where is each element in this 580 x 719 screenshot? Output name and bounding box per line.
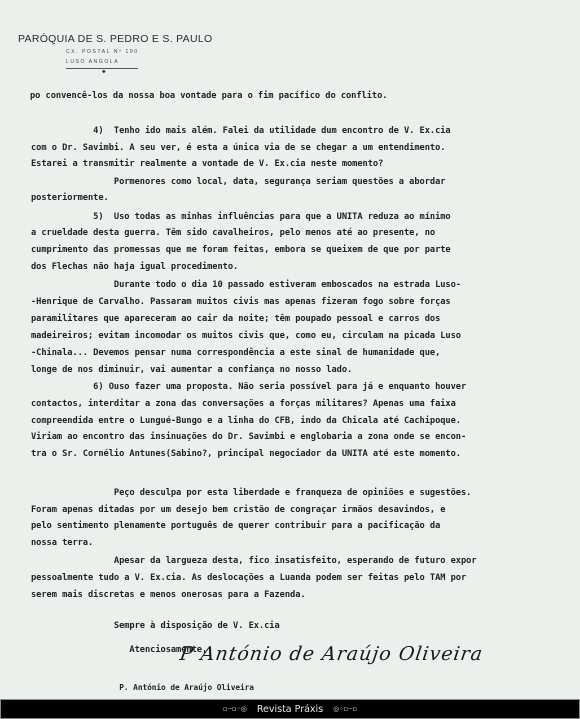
- footer-label: Revista Práxis: [257, 704, 323, 715]
- text-line: cumprimento das promessas que me foram f…: [31, 245, 451, 255]
- letterhead: PARÓQUIA DE S. PEDRO E S. PAULO CX. POST…: [18, 33, 212, 75]
- text-line: 6) Ouso fazer uma proposta. Não seria po…: [31, 382, 466, 392]
- text-line: com o Dr. Savimbi. A seu ver, é esta a ú…: [31, 143, 445, 153]
- footer-bar: ▫┈▫◦◎ Revista Práxis ◎◦▫┈▫: [0, 699, 580, 719]
- letterhead-location: LUSO ANGOLA: [66, 59, 212, 65]
- text-line: pessoalmente tudo a V. Ex.cia. As desloc…: [31, 573, 466, 583]
- text-line: compreendida entre o Lungué-Bungo e a li…: [31, 416, 461, 426]
- text-line: po convencê-los da nossa boa vontade par…: [30, 91, 387, 101]
- text-line: serem mais discretas e menos onerosas pa…: [31, 590, 306, 600]
- text-line: Estarei a transmitir realmente a vontade…: [31, 159, 383, 169]
- letterhead-title: PARÓQUIA DE S. PEDRO E S. PAULO: [18, 33, 212, 45]
- text-line: Peço desculpa por esta liberdade e franq…: [31, 488, 471, 498]
- text-line: -Henrique de Carvalho. Passaram muitos c…: [31, 297, 451, 307]
- text-line: dos Flechas não haja igual procedimento.: [31, 262, 238, 272]
- text-line: nossa terra.: [31, 538, 93, 548]
- letterhead-mark: ◆: [102, 69, 212, 75]
- text-line: pelo sentimento plenamente português de …: [31, 521, 440, 531]
- text-line: contactos, interditar a zona das convers…: [31, 399, 456, 409]
- text-line: madeireiros; evitam incomodar os muitos …: [31, 331, 461, 341]
- text-line: longe de nos diminuir, vai aumentar a co…: [31, 365, 352, 375]
- text-line: posteriormente.: [31, 193, 109, 203]
- text-line: Viriam ao encontro das insinuações do Dr…: [31, 432, 466, 442]
- text-line: Pormenores como local, data, segurança s…: [31, 177, 445, 187]
- footer-ornament-left: ▫┈▫◦◎: [223, 705, 247, 713]
- text-line: 4) Tenho ido mais além. Falei da utilida…: [31, 126, 451, 136]
- text-line: tra o Sr. Cornélio Antunes(Sabino?, prin…: [31, 449, 461, 459]
- text-line: 5) Uso todas as minhas influências para …: [31, 212, 451, 222]
- handwritten-signature: P António de Araújo Oliveira: [178, 643, 484, 665]
- text-line: P. António de Araújo Oliveira: [31, 683, 254, 692]
- document-page: PARÓQUIA DE S. PEDRO E S. PAULO CX. POST…: [0, 0, 580, 699]
- text-line: Sempre à disposição de V. Ex.cia: [31, 621, 280, 631]
- text-line: paramilitares que apareceram ao cair da …: [31, 314, 440, 324]
- text-line: a crueldade desta guerra. Têm sido caval…: [31, 228, 435, 238]
- text-line: Durante todo o dia 10 passado estiveram …: [31, 280, 461, 290]
- text-line: -Chinala... Devemos pensar numa correspo…: [31, 348, 440, 358]
- text-line: Foram apenas ditadas por um desejo bem c…: [31, 505, 445, 515]
- letterhead-postal: CX. POSTAL Nº 190: [66, 49, 212, 55]
- text-line: Apesar da largueza desta, fico insatisfe…: [31, 556, 477, 566]
- footer-ornament-right: ◎◦▫┈▫: [333, 705, 357, 713]
